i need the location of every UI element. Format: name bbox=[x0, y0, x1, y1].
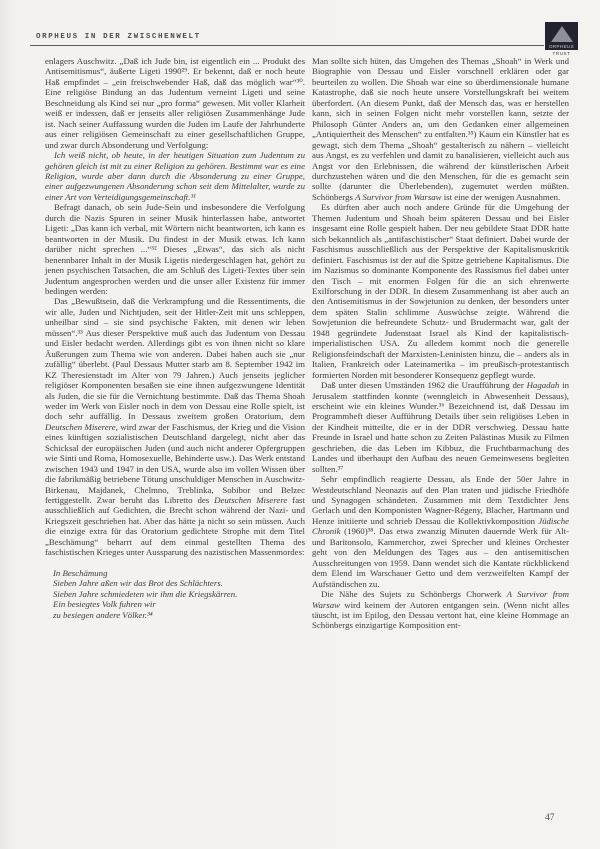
text-run: (1960)³⁸. Das etwa zwanzig Minuten dauer… bbox=[312, 526, 569, 588]
emphasized-text: Ein besiegtes Volk fuhren wir bbox=[53, 599, 156, 609]
text-run: Befragt danach, ob sein Jude-Sein und in… bbox=[45, 202, 305, 296]
text-run: Die Nähe des Sujets zu Schönbergs Chorwe… bbox=[321, 589, 507, 599]
emphasized-text: Hagadah bbox=[527, 380, 560, 390]
text-run: in Jerusalem stattfinden konnte (wenngle… bbox=[312, 380, 569, 474]
body-paragraph: Sehr empfindlich reagierte Dessau, als E… bbox=[312, 474, 569, 589]
emphasized-text: In Beschämung bbox=[53, 568, 107, 578]
pyramid-icon bbox=[551, 26, 573, 42]
emphasized-text: Sieben Jahre schmiedeten wir ihm die Kri… bbox=[53, 589, 237, 599]
text-run: wird keinem der Autoren entgangen sein. … bbox=[312, 600, 569, 631]
text-run: Ich weiß nicht, ob heute, in der heutige… bbox=[45, 150, 305, 202]
text-run: enlagers Auschwitz. „Daß ich Jude bin, i… bbox=[45, 56, 305, 150]
poem-block: In BeschämungSieben Jahre aßen wir das B… bbox=[53, 568, 305, 620]
block-quote: Ich weiß nicht, ob heute, in der heutige… bbox=[45, 150, 305, 202]
body-paragraph: Daß unter diesen Umständen 1962 die Urau… bbox=[312, 380, 569, 474]
body-paragraph: Es dürften aber auch noch andere Gründe … bbox=[312, 202, 569, 380]
right-text-column: Man sollte sich hüten, das Umgehen des T… bbox=[312, 56, 569, 631]
logo-box: ORPHEUS bbox=[545, 22, 578, 50]
body-paragraph: Die Nähe des Sujets zu Schönbergs Chorwe… bbox=[312, 589, 569, 631]
page-number: 47 bbox=[545, 813, 555, 823]
emphasized-text: Deutschen Miserere bbox=[214, 495, 287, 505]
text-run: ist eine der wenigen Ausnahmen. bbox=[442, 192, 561, 202]
emphasized-text: A Survivor from Warsaw bbox=[355, 192, 441, 202]
body-paragraph: Befragt danach, ob sein Jude-Sein und in… bbox=[45, 202, 305, 296]
body-paragraph: Man sollte sich hüten, das Umgehen des T… bbox=[312, 56, 569, 202]
orpheus-trust-logo: ORPHEUS TRUST bbox=[545, 22, 578, 56]
header-rule bbox=[30, 45, 544, 46]
body-paragraph: enlagers Auschwitz. „Daß ich Jude bin, i… bbox=[45, 56, 305, 150]
body-paragraph: Das „Bewußtsein, daß die Verkrampfung un… bbox=[45, 296, 305, 557]
left-text-column: enlagers Auschwitz. „Daß ich Jude bin, i… bbox=[45, 56, 305, 620]
text-run: Sehr empfindlich reagierte Dessau, als E… bbox=[312, 474, 569, 526]
text-run: Daß unter diesen Umständen 1962 die Urau… bbox=[321, 380, 527, 390]
emphasized-text: zu besiegen andere Völker.³⁴ bbox=[53, 610, 153, 620]
text-run: Es dürften aber auch noch andere Gründe … bbox=[312, 202, 569, 379]
book-page: ORPHEUS IN DER ZWISCHENWELT ORPHEUS TRUS… bbox=[0, 0, 600, 849]
running-header-title: ORPHEUS IN DER ZWISCHENWELT bbox=[36, 33, 201, 41]
text-run: Man sollte sich hüten, das Umgehen des T… bbox=[312, 56, 569, 202]
logo-label: ORPHEUS bbox=[545, 44, 578, 49]
text-run: Das „Bewußtsein, daß die Verkrampfung un… bbox=[45, 296, 305, 421]
emphasized-text: Deutschen Miserere bbox=[45, 422, 116, 432]
emphasized-text: Sieben Jahre aßen wir das Brot des Schlä… bbox=[53, 578, 223, 588]
text-run: , wird zwar der Faschismus, der Krieg un… bbox=[45, 422, 305, 505]
